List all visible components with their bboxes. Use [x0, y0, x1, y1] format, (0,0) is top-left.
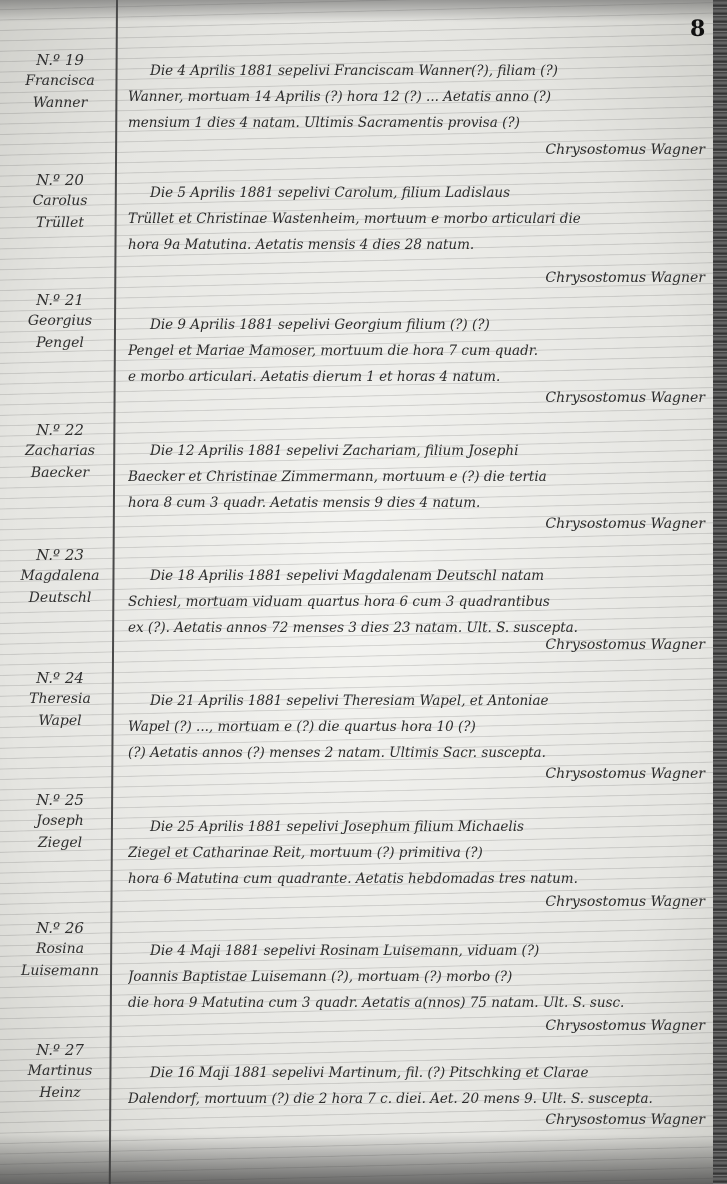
entry-name-surname: Wanner [4, 92, 116, 114]
register-page: 8 N.º 19 Francisca Wanner Die 4 Aprilis … [0, 0, 715, 1184]
entry-number: N.º 27 [4, 1040, 116, 1060]
entry-text-line: (?) Aetatis annos (?) menses 2 natam. Ul… [128, 740, 708, 766]
scan-bottom-shadow [0, 1134, 715, 1184]
entry-text-line: Wapel (?) ..., mortuam e (?) die quartus… [128, 714, 708, 740]
entry-name-given: Carolus [4, 190, 116, 212]
entry-text-line: hora 9a Matutina. Aetatis mensis 4 dies … [128, 232, 708, 258]
entry-text-line: Pengel et Mariae Mamoser, mortuum die ho… [128, 338, 708, 364]
priest-signature: Chrysostomus Wagner [545, 637, 705, 653]
entry-text: Die 5 Aprilis 1881 sepelivi Carolum, fil… [128, 180, 708, 258]
entry-text-line: Wanner, mortuam 14 Aprilis (?) hora 12 (… [128, 84, 708, 110]
entry-number: N.º 19 [4, 50, 116, 70]
entry-number: N.º 23 [4, 545, 116, 565]
entry-text-line: die hora 9 Matutina cum 3 quadr. Aetatis… [128, 990, 708, 1016]
entry-name-given: Magdalena [4, 565, 116, 587]
entry-number: N.º 25 [4, 790, 116, 810]
entry-name-surname: Ziegel [4, 832, 116, 854]
entry-text-line: Joannis Baptistae Luisemann (?), mortuam… [128, 964, 708, 990]
entry-margin: N.º 25 Joseph Ziegel [4, 790, 116, 854]
entry-text-line: Trüllet et Christinae Wastenheim, mortuu… [128, 206, 708, 232]
entry-name-given: Martinus [4, 1060, 116, 1082]
entry-margin: N.º 22 Zacharias Baecker [4, 420, 116, 484]
entry-text: Die 18 Aprilis 1881 sepelivi Magdalenam … [128, 563, 708, 641]
entry-name-given: Zacharias [4, 440, 116, 462]
entry-margin: N.º 24 Theresia Wapel [4, 668, 116, 732]
entry-margin: N.º 26 Rosina Luisemann [4, 918, 116, 982]
entry-text: Die 9 Aprilis 1881 sepelivi Georgium fil… [128, 312, 708, 390]
entry-text: Die 25 Aprilis 1881 sepelivi Josephum fi… [128, 814, 708, 892]
entry-margin: N.º 27 Martinus Heinz [4, 1040, 116, 1104]
entry-text-line: hora 6 Matutina cum quadrante. Aetatis h… [128, 866, 708, 892]
entry-name-surname: Wapel [4, 710, 116, 732]
entry-text-line: Baecker et Christinae Zimmermann, mortuu… [128, 464, 708, 490]
entry-text-line: Dalendorf, mortuum (?) die 2 hora 7 c. d… [128, 1086, 708, 1112]
entry-text-line: Die 12 Aprilis 1881 sepelivi Zachariam, … [128, 438, 708, 464]
entry-margin: N.º 19 Francisca Wanner [4, 50, 116, 114]
priest-signature: Chrysostomus Wagner [545, 270, 705, 286]
entry-text-line: hora 8 cum 3 quadr. Aetatis mensis 9 die… [128, 490, 708, 516]
priest-signature: Chrysostomus Wagner [545, 1112, 705, 1128]
entry-name-given: Rosina [4, 938, 116, 960]
page-number: 8 [690, 16, 705, 42]
entry-text: Die 4 Aprilis 1881 sepelivi Franciscam W… [128, 58, 708, 136]
entry-name-surname: Deutschl [4, 587, 116, 609]
entry-text-line: Die 4 Maji 1881 sepelivi Rosinam Luisema… [128, 938, 708, 964]
priest-signature: Chrysostomus Wagner [545, 142, 705, 158]
entry-text-line: mensium 1 dies 4 natam. Ultimis Sacramen… [128, 110, 708, 136]
entry-text: Die 16 Maji 1881 sepelivi Martinum, fil.… [128, 1060, 708, 1112]
entry-name-given: Theresia [4, 688, 116, 710]
entry-name-surname: Pengel [4, 332, 116, 354]
entry-text: Die 4 Maji 1881 sepelivi Rosinam Luisema… [128, 938, 708, 1016]
entry-text-line: Die 16 Maji 1881 sepelivi Martinum, fil.… [128, 1060, 708, 1086]
entry-text-line: Schiesl, mortuam viduam quartus hora 6 c… [128, 589, 708, 615]
entry-number: N.º 24 [4, 668, 116, 688]
entry-name-given: Georgius [4, 310, 116, 332]
entry-number: N.º 22 [4, 420, 116, 440]
entry-number: N.º 26 [4, 918, 116, 938]
entry-name-surname: Baecker [4, 462, 116, 484]
scan-binding-edge [713, 0, 727, 1184]
entry-number: N.º 20 [4, 170, 116, 190]
entry-text-line: Die 18 Aprilis 1881 sepelivi Magdalenam … [128, 563, 708, 589]
entry-number: N.º 21 [4, 290, 116, 310]
entry-text-line: Die 25 Aprilis 1881 sepelivi Josephum fi… [128, 814, 708, 840]
priest-signature: Chrysostomus Wagner [545, 766, 705, 782]
priest-signature: Chrysostomus Wagner [545, 1018, 705, 1034]
entry-name-surname: Heinz [4, 1082, 116, 1104]
priest-signature: Chrysostomus Wagner [545, 390, 705, 406]
entry-name-surname: Trüllet [4, 212, 116, 234]
entry-name-surname: Luisemann [4, 960, 116, 982]
entry-margin: N.º 21 Georgius Pengel [4, 290, 116, 354]
scan-top-shadow [0, 0, 715, 22]
entry-name-given: Joseph [4, 810, 116, 832]
priest-signature: Chrysostomus Wagner [545, 516, 705, 532]
entry-text-line: e morbo articulari. Aetatis dierum 1 et … [128, 364, 708, 390]
entry-text-line: Die 4 Aprilis 1881 sepelivi Franciscam W… [128, 58, 708, 84]
entry-text-line: Die 21 Aprilis 1881 sepelivi Theresiam W… [128, 688, 708, 714]
entry-name-given: Francisca [4, 70, 116, 92]
entry-text-line: Ziegel et Catharinae Reit, mortuum (?) p… [128, 840, 708, 866]
entry-margin: N.º 20 Carolus Trüllet [4, 170, 116, 234]
entry-text: Die 21 Aprilis 1881 sepelivi Theresiam W… [128, 688, 708, 766]
entry-text: Die 12 Aprilis 1881 sepelivi Zachariam, … [128, 438, 708, 516]
priest-signature: Chrysostomus Wagner [545, 894, 705, 910]
entry-text-line: Die 5 Aprilis 1881 sepelivi Carolum, fil… [128, 180, 708, 206]
entry-margin: N.º 23 Magdalena Deutschl [4, 545, 116, 609]
entry-text-line: Die 9 Aprilis 1881 sepelivi Georgium fil… [128, 312, 708, 338]
